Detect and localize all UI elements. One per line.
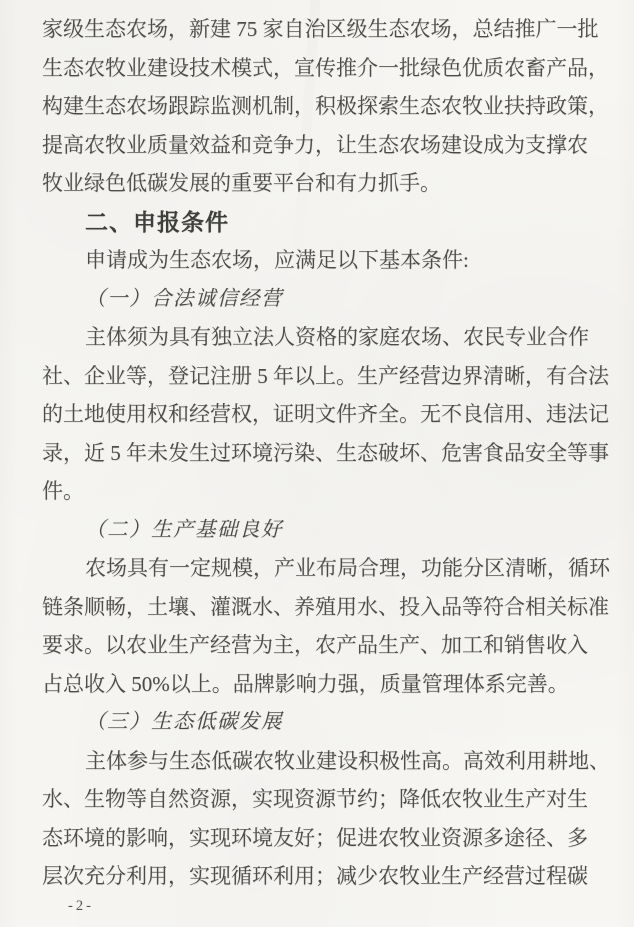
body-line: 录，近 5 年未发生过环境污染、生态破坏、危害食品安全等事 xyxy=(42,434,634,473)
scanned-document-page: 家级生态农场，新建 75 家自治区级生态农场，总结推广一批 生态农牧业建设技术模… xyxy=(0,0,634,927)
body-line: 要求。以农业生产经营为主，农产品生产、加工和销售收入 xyxy=(42,626,634,665)
body-line: 的土地使用权和经营权，证明文件齐全。无不良信用、违法记 xyxy=(42,395,634,434)
body-line: 家级生态农场，新建 75 家自治区级生态农场，总结推广一批 xyxy=(42,10,634,49)
body-line: 水、生物等自然资源，实现资源节约；降低农牧业生产对生 xyxy=(42,780,634,819)
body-line: 态环境的影响，实现环境友好；促进农牧业资源多途径、多 xyxy=(42,819,634,858)
page-number: -2- xyxy=(68,898,94,915)
section-heading: 二、申报条件 xyxy=(42,203,634,242)
body-line: 主体须为具有独立法人资格的家庭农场、农民专业合作 xyxy=(42,318,634,357)
body-line: 层次充分利用，实现循环利用；减少农牧业生产经营过程碳 xyxy=(42,857,634,896)
body-line: 构建生态农场跟踪监测机制，积极探索生态农牧业扶持政策， xyxy=(42,87,634,126)
body-line: 主体参与生态低碳农牧业建设积极性高。高效利用耕地、 xyxy=(42,742,634,781)
body-line: 占总收入 50%以上。品牌影响力强，质量管理体系完善。 xyxy=(42,665,634,704)
sub-heading: （一）合法诚信经营 xyxy=(42,280,634,319)
body-line: 链条顺畅，土壤、灌溉水、养殖用水、投入品等符合相关标准 xyxy=(42,588,634,627)
body-line: 农场具有一定规模，产业布局合理，功能分区清晰，循环 xyxy=(42,549,634,588)
sub-heading: （二）生产基础良好 xyxy=(42,511,634,550)
body-line: 件。 xyxy=(42,472,634,511)
body-line: 申请成为生态农场，应满足以下基本条件: xyxy=(42,241,634,280)
body-line: 社、企业等，登记注册 5 年以上。生产经营边界清晰，有合法 xyxy=(42,357,634,396)
document-body: 家级生态农场，新建 75 家自治区级生态农场，总结推广一批 生态农牧业建设技术模… xyxy=(0,0,634,896)
body-line: 牧业绿色低碳发展的重要平台和有力抓手。 xyxy=(42,164,634,203)
body-line: 提高农牧业质量效益和竞争力，让生态农场建设成为支撑农 xyxy=(42,126,634,165)
sub-heading: （三）生态低碳发展 xyxy=(42,703,634,742)
body-line: 生态农牧业建设技术模式，宣传推介一批绿色优质农畜产品， xyxy=(42,49,634,88)
